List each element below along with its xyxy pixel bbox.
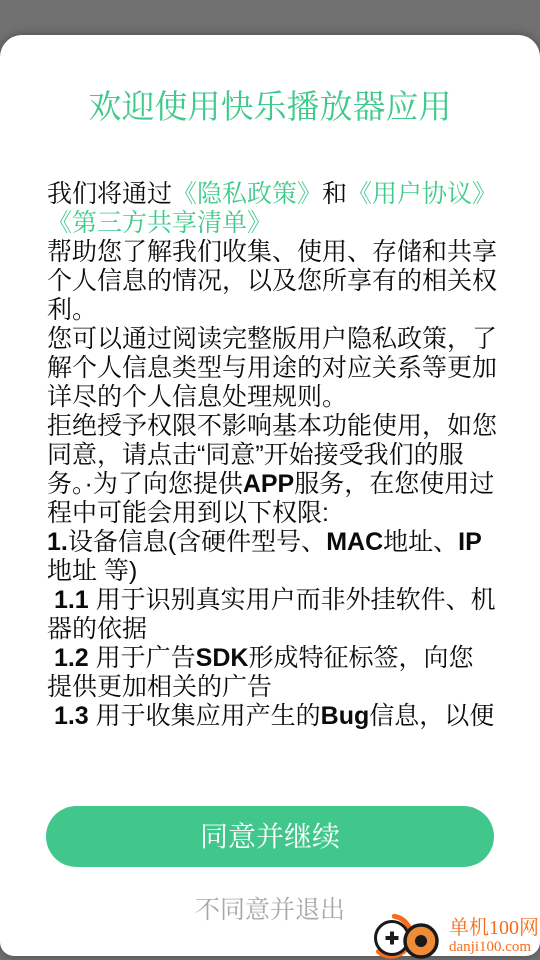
text-segment: Bug xyxy=(321,702,370,730)
dialog-title: 欢迎使用快乐播放器应用 xyxy=(0,85,540,129)
agree-and-continue-button[interactable]: 同意并继续 xyxy=(46,806,494,867)
policy-paragraph: 1.3 用于收集应用产生的Bug信息，以便我们更好的改进产品 xyxy=(47,702,498,730)
text-segment: 用于广告 xyxy=(96,644,196,672)
text-segment: 我们将通过 xyxy=(47,180,172,208)
policy-paragraph: 1.2 用于广告SDK形成特征标签，向您提供更加相关的广告 xyxy=(47,644,498,702)
text-segment: MAC xyxy=(326,528,383,556)
privacy-policy-link[interactable]: 《隐私政策》 xyxy=(172,180,322,208)
text-segment: 帮助您了解我们收集、使用、存储和共享个人信息的情况，以及您所享有的相关权利。 xyxy=(47,238,497,324)
user-agreement-link[interactable]: 《用户协议》 xyxy=(347,180,497,208)
privacy-policy-text: 我们将通过《隐私政策》和《用户协议》《第三方共享清单》 帮助您了解我们收集、使用… xyxy=(47,180,498,730)
danji100-logo-icon xyxy=(364,914,448,960)
policy-paragraph: 您可以通过阅读完整版用户隐私政策，了解个人信息类型与用途的对应关系等更加详尽的个… xyxy=(47,325,498,412)
text-segment: 地址、 xyxy=(383,528,458,556)
privacy-consent-dialog: 欢迎使用快乐播放器应用 我们将通过《隐私政策》和《用户协议》《第三方共享清单》 … xyxy=(0,35,540,956)
watermark: 单机100网 danji100.com xyxy=(364,913,539,960)
watermark-text: 单机100网 danji100.com xyxy=(449,917,539,956)
policy-paragraph: 拒绝授予权限不影响基本功能使用，如您同意，请点击“同意”开始接受我们的服务。·为… xyxy=(47,412,498,528)
third-party-share-list-link[interactable]: 《第三方共享清单》 xyxy=(47,209,272,237)
text-segment: APP xyxy=(243,470,294,498)
text-segment: 用于收集应用产生的 xyxy=(96,702,321,730)
text-segment: 地址 等) xyxy=(47,557,137,585)
text-segment: SDK xyxy=(196,644,249,672)
policy-paragraph: 帮助您了解我们收集、使用、存储和共享个人信息的情况，以及您所享有的相关权利。 xyxy=(47,238,498,325)
text-segment: 1.1 xyxy=(47,586,96,614)
text-segment: 1.3 xyxy=(47,702,96,730)
text-segment: 和 xyxy=(322,180,347,208)
text-segment: IP xyxy=(458,528,482,556)
policy-paragraph: 1.设备信息(含硬件型号、MAC地址、IP地址 等) xyxy=(47,528,498,586)
policy-paragraph: 1.1 用于识别真实用户而非外挂软件、机器的依据 xyxy=(47,586,498,644)
text-segment: 您可以通过阅读完整版用户隐私政策，了解个人信息类型与用途的对应关系等更加详尽的个… xyxy=(47,325,497,411)
text-segment: 用于识别真实用户而非外挂软件、机器的依据 xyxy=(47,586,496,643)
text-segment: 1.2 xyxy=(47,644,96,672)
text-segment: 1. xyxy=(47,528,68,556)
policy-paragraph: 我们将通过《隐私政策》和《用户协议》《第三方共享清单》 xyxy=(47,180,498,238)
text-segment: 设备信息(含硬件型号、 xyxy=(68,528,326,556)
watermark-site-url: danji100.com xyxy=(449,939,539,956)
watermark-site-name: 单机100网 xyxy=(449,917,539,939)
